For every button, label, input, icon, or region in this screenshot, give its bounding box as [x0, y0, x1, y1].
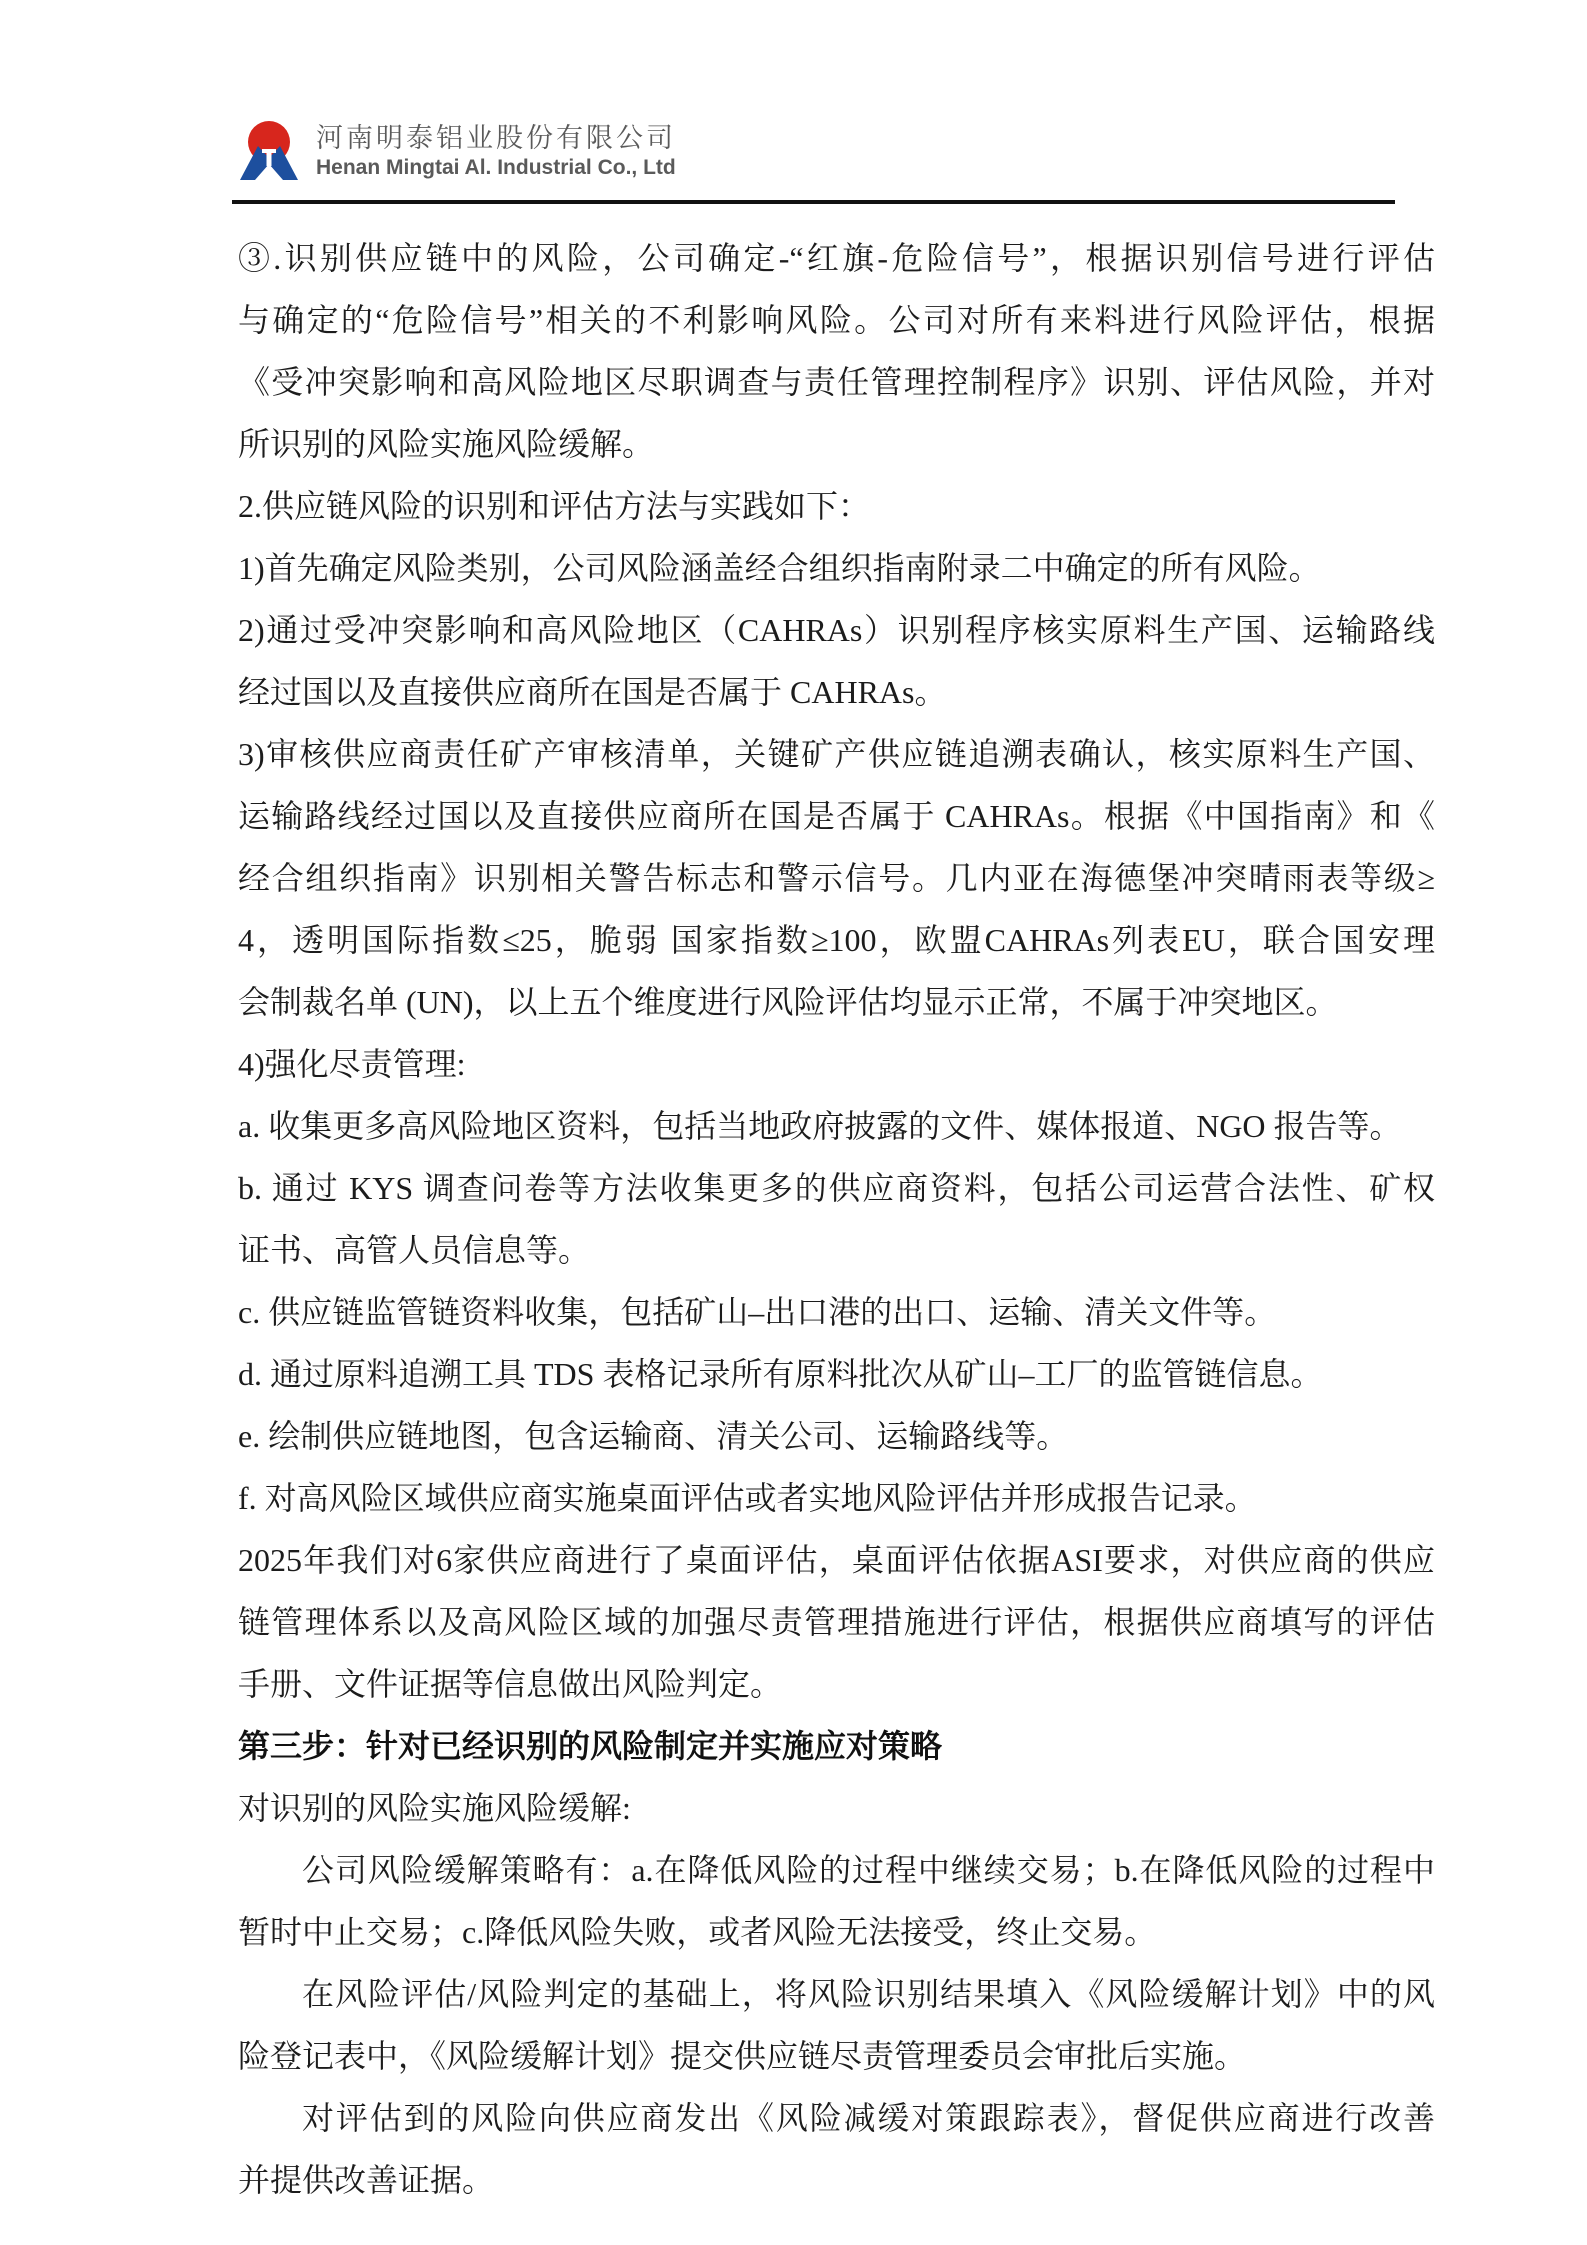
mingtai-logo-icon	[238, 120, 300, 184]
text-line: d. 通过原料追溯工具 TDS 表格记录所有原料批次从矿山–工厂的监管链信息。	[238, 1343, 1435, 1405]
company-name-cn: 河南明泰铝业股份有限公司	[316, 122, 676, 154]
text-line: 公司风险缓解策略有：a.在降低风险的过程中继续交易；b.在降低风险的过程中	[238, 1839, 1435, 1901]
text-line: f. 对高风险区域供应商实施桌面评估或者实地风险评估并形成报告记录。	[238, 1467, 1435, 1529]
text-line: e. 绘制供应链地图，包含运输商、清关公司、运输路线等。	[238, 1405, 1435, 1467]
company-name-en: Henan Mingtai Al. Industrial Co., Ltd	[316, 154, 676, 182]
text-line: 对评估到的风险向供应商发出《风险减缓对策跟踪表》，督促供应商进行改善	[238, 2087, 1435, 2149]
text-line: 2)通过受冲突影响和高风险地区（CAHRAs）识别程序核实原料生产国、运输路线	[238, 599, 1435, 661]
text-line: 与确定的“危险信号”相关的不利影响风险。公司对所有来料进行风险评估，根据	[238, 289, 1435, 351]
text-line: c. 供应链监管链资料收集，包括矿山–出口港的出口、运输、清关文件等。	[238, 1281, 1435, 1343]
text-line: 会制裁名单 (UN)，以上五个维度进行风险评估均显示正常，不属于冲突地区。	[238, 971, 1435, 1033]
text-line: a. 收集更多高风险地区资料，包括当地政府披露的文件、媒体报道、NGO 报告等。	[238, 1095, 1435, 1157]
header-divider	[232, 200, 1395, 204]
text-line: 2025年我们对6家供应商进行了桌面评估，桌面评估依据ASI要求，对供应商的供应	[238, 1529, 1435, 1591]
text-line: b. 通过 KYS 调查问卷等方法收集更多的供应商资料，包括公司运营合法性、矿权	[238, 1157, 1435, 1219]
text-line: 在风险评估/风险判定的基础上，将风险识别结果填入《风险缓解计划》中的风	[238, 1963, 1435, 2025]
text-line: 4，透明国际指数≤25，脆弱 国家指数≥100，欧盟CAHRAs列表EU，联合国…	[238, 909, 1435, 971]
text-line: 对识别的风险实施风险缓解:	[238, 1777, 1435, 1839]
document-page: 河南明泰铝业股份有限公司 Henan Mingtai Al. Industria…	[0, 0, 1587, 2245]
text-line: 经过国以及直接供应商所在国是否属于 CAHRAs。	[238, 661, 1435, 723]
text-line: 链管理体系以及高风险区域的加强尽责管理措施进行评估，根据供应商填写的评估	[238, 1591, 1435, 1653]
text-line: 所识别的风险实施风险缓解。	[238, 413, 1435, 475]
text-line: 1)首先确定风险类别，公司风险涵盖经合组织指南附录二中确定的所有风险。	[238, 537, 1435, 599]
section-heading: 第三步：针对已经识别的风险制定并实施应对策略	[238, 1715, 1435, 1777]
text-line: 并提供改善证据。	[238, 2149, 1435, 2211]
text-line: 4)强化尽责管理:	[238, 1033, 1435, 1095]
company-names: 河南明泰铝业股份有限公司 Henan Mingtai Al. Industria…	[316, 122, 676, 182]
document-body: ③.识别供应链中的风险，公司确定-“红旗-危险信号”，根据识别信号进行评估与确定…	[238, 227, 1435, 2211]
text-line: 经合组织指南》识别相关警告标志和警示信号。几内亚在海德堡冲突晴雨表等级≥	[238, 847, 1435, 909]
text-line: 手册、文件证据等信息做出风险判定。	[238, 1653, 1435, 1715]
text-line: 运输路线经过国以及直接供应商所在国是否属于 CAHRAs。根据《中国指南》和《	[238, 785, 1435, 847]
text-line: 2.供应链风险的识别和评估方法与实践如下：	[238, 475, 1435, 537]
text-line: 暂时中止交易；c.降低风险失败，或者风险无法接受，终止交易。	[238, 1901, 1435, 1963]
text-line: ③.识别供应链中的风险，公司确定-“红旗-危险信号”，根据识别信号进行评估	[238, 227, 1435, 289]
text-line: 险登记表中，《风险缓解计划》提交供应链尽责管理委员会审批后实施。	[238, 2025, 1435, 2087]
text-line: 证书、高管人员信息等。	[238, 1219, 1435, 1281]
letterhead: 河南明泰铝业股份有限公司 Henan Mingtai Al. Industria…	[238, 120, 676, 184]
text-line: 3)审核供应商责任矿产审核清单，关键矿产供应链追溯表确认，核实原料生产国、	[238, 723, 1435, 785]
text-line: 《受冲突影响和高风险地区尽职调查与责任管理控制程序》识别、评估风险，并对	[238, 351, 1435, 413]
